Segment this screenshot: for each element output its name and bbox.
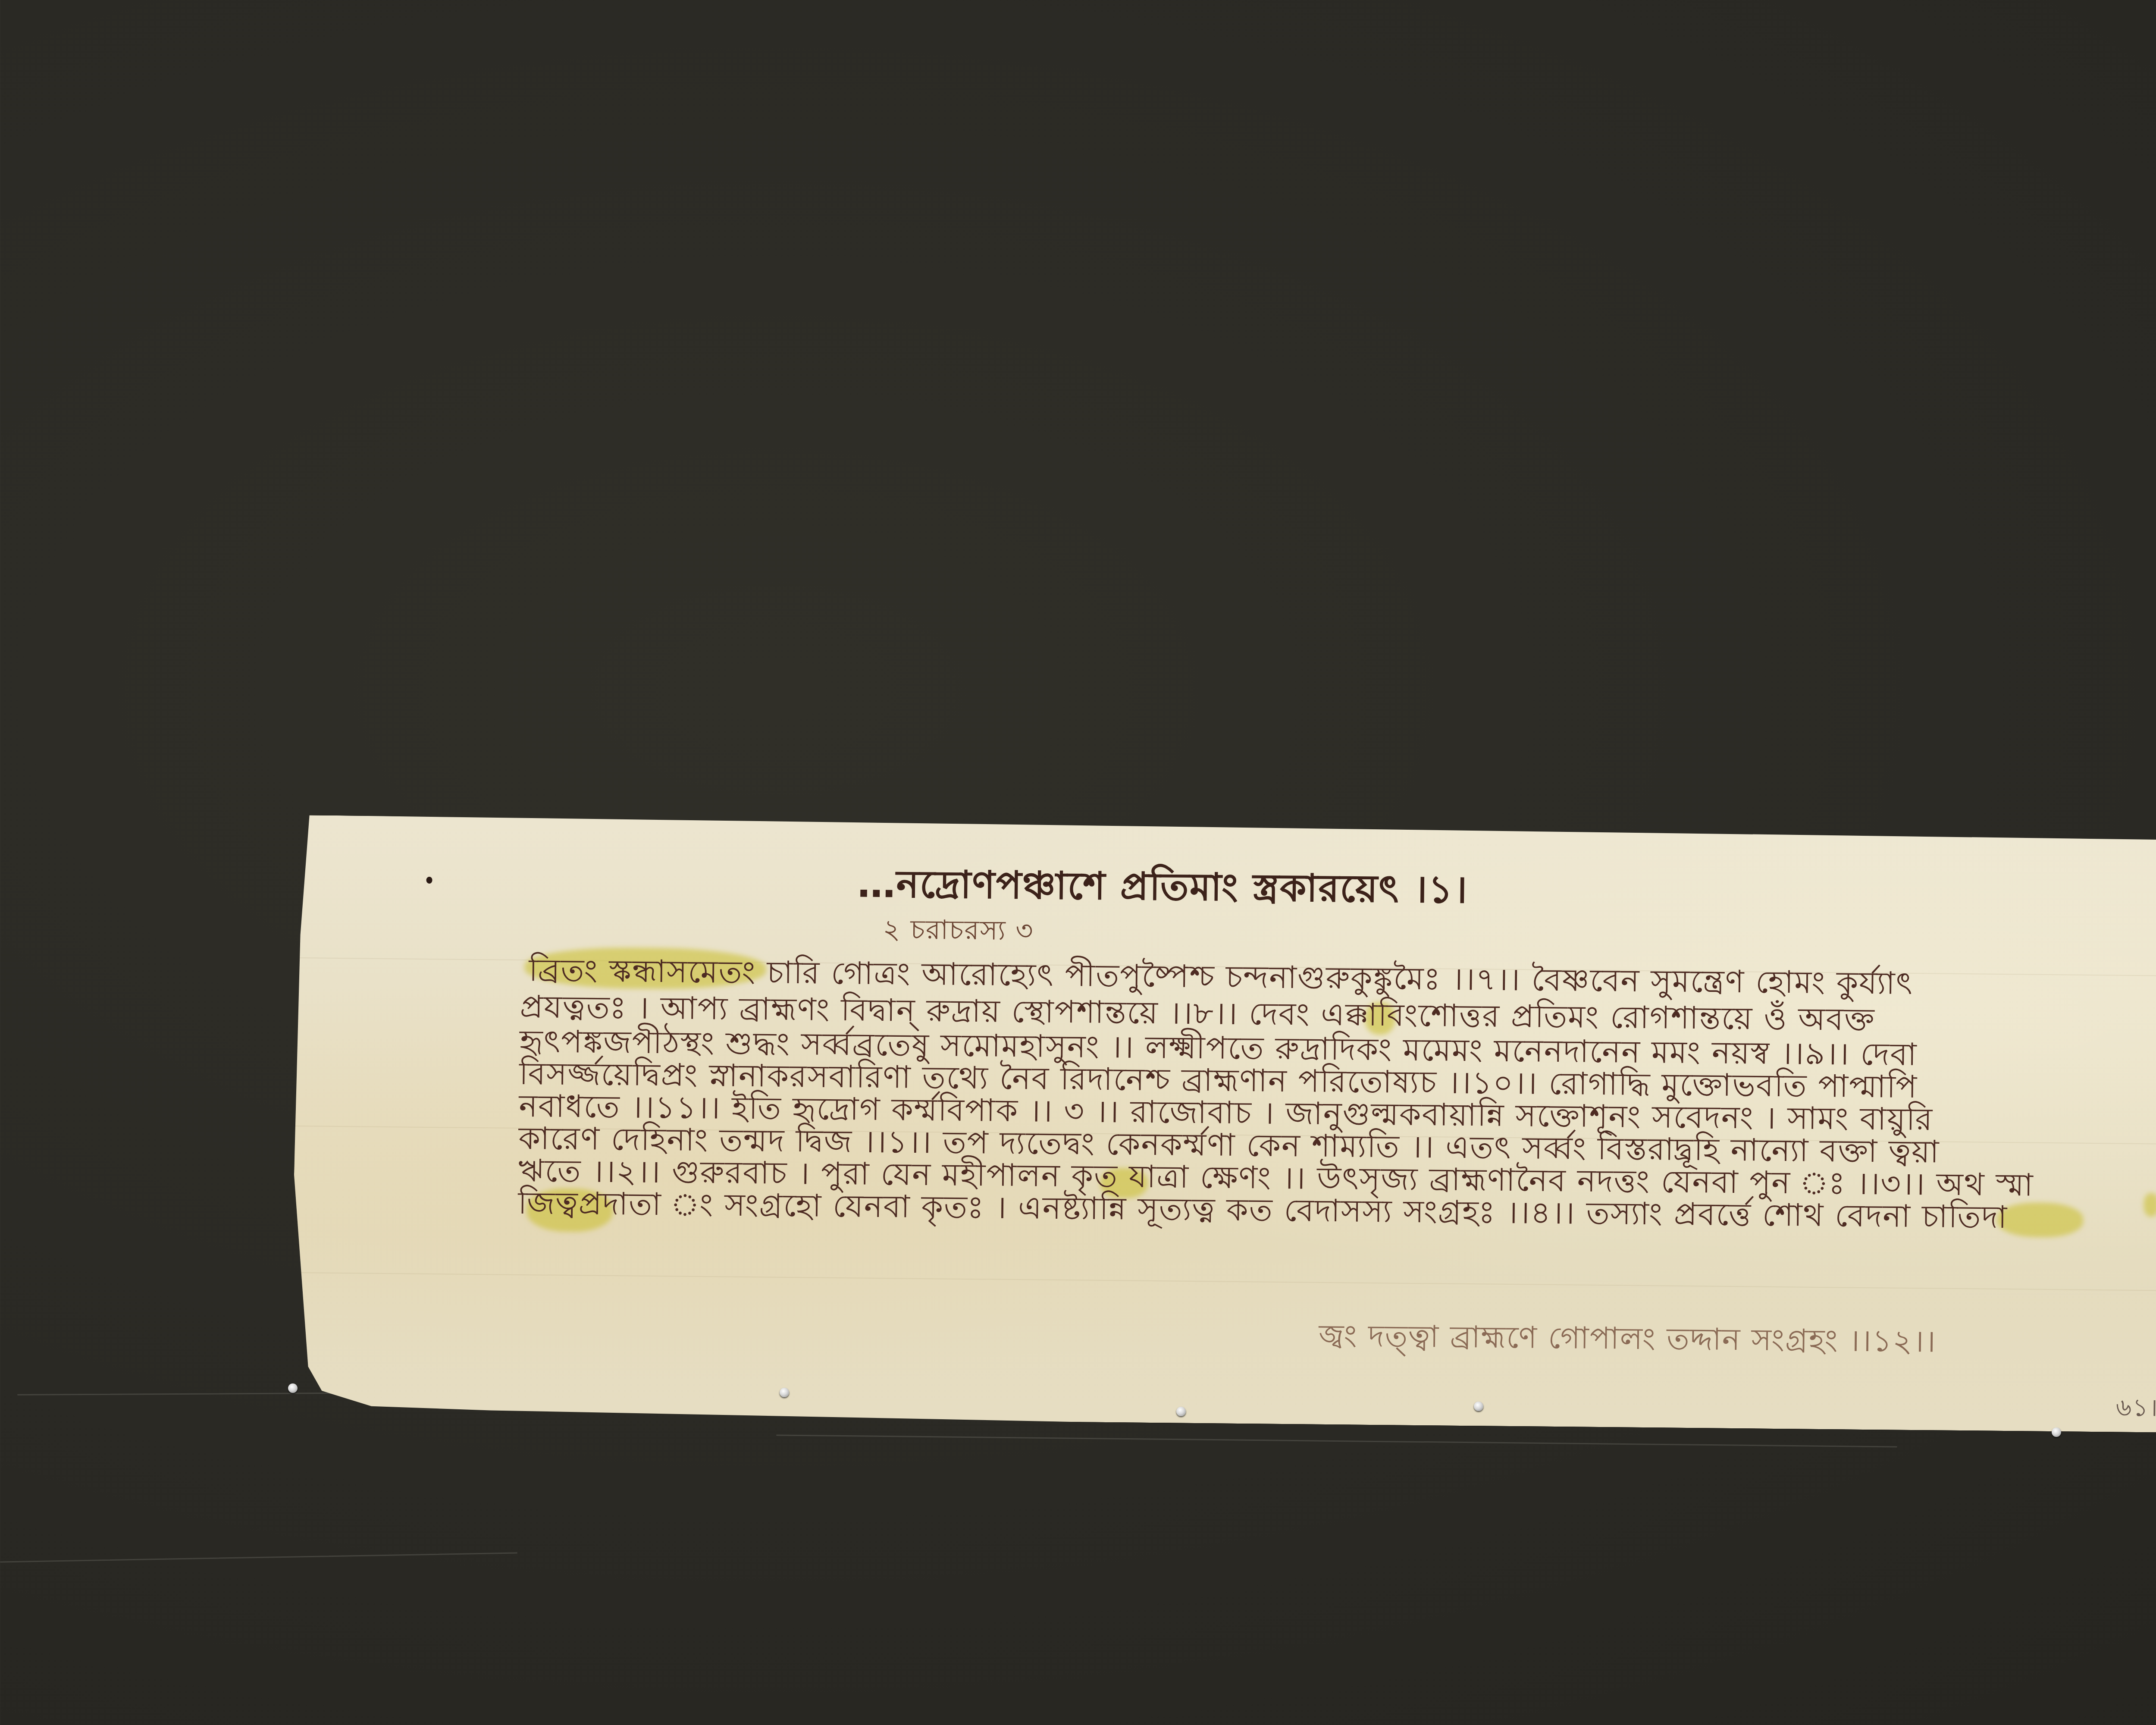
mounting-pin — [2052, 1427, 2061, 1437]
yellow-highlight-stain — [2143, 1193, 2156, 1217]
paper-fold-line — [293, 1272, 2156, 1292]
mounting-pin — [288, 1383, 298, 1393]
mounting-pin — [1474, 1402, 1483, 1411]
manuscript-folio: …নদ্রোণপঞ্চাশে প্রতিমাং স্ত্রকারয়েৎ ।১।… — [292, 815, 2156, 1433]
folio-number: ৬১।৭। — [2116, 1389, 2156, 1430]
manuscript-colophon: জ্বং দত্ত্বা ব্রাহ্মণে গোপালং তদ্দান সংগ… — [1319, 1312, 1937, 1369]
manuscript-subheading: ২ চরাচরস্য ৩ — [883, 909, 1034, 955]
ink-dot — [426, 877, 432, 884]
mounting-pin — [1176, 1407, 1186, 1416]
mounting-pin — [780, 1388, 789, 1397]
